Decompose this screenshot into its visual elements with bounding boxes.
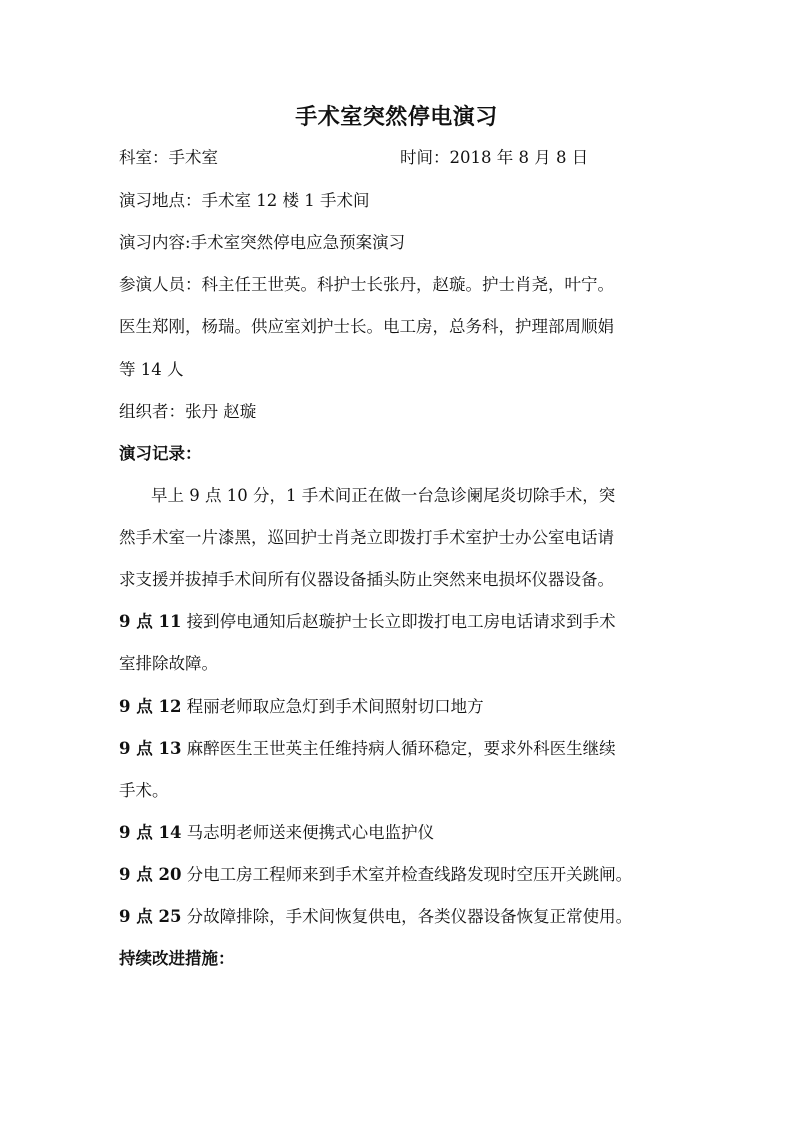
entry-text: 分故障排除，手术间恢复供电，各类仪器设备恢复正常使用。 bbox=[181, 907, 632, 926]
entry-text: 麻醉医生王世英主任维持病人循环稳定，要求外科医生继续 bbox=[181, 739, 615, 758]
time-label: 时间： bbox=[400, 148, 450, 167]
header-meta: 科室：手术室 时间：2018 年 8 月 8 日 bbox=[119, 148, 679, 168]
entry-time: 9 点 12 bbox=[119, 697, 181, 716]
record-entry: 9 点 11 接到停电通知后赵璇护士长立即拨打电工房电话请求到手术 bbox=[119, 612, 616, 632]
document-page: 手术室突然停电演习 科室：手术室 时间：2018 年 8 月 8 日 演习地点：… bbox=[0, 0, 793, 1122]
content-label: 演习内容: bbox=[119, 233, 191, 252]
entry-text: 分电工房工程师来到手术室并检查线路发现时空压开关跳闸。 bbox=[181, 865, 632, 884]
record-entry: 9 点 13 麻醉医生王世英主任维持病人循环稳定，要求外科医生继续 bbox=[119, 739, 616, 759]
content-value: 手术室突然停电应急预案演习 bbox=[191, 233, 406, 252]
participants-line-2: 医生郑刚，杨瑞。供应室刘护士长。电工房，总务科，护理部周顺娟 bbox=[119, 317, 614, 337]
department-value: 手术室 bbox=[169, 148, 219, 167]
organizer-line: 组织者：张丹 赵璇 bbox=[119, 402, 256, 422]
entry-text: 接到停电通知后赵璇护士长立即拨打电工房电话请求到手术 bbox=[181, 612, 615, 631]
record-intro-line-2: 然手术室一片漆黑，巡回护士肖尧立即拨打手术室护士办公室电话请 bbox=[119, 528, 614, 548]
organizer-label: 组织者： bbox=[119, 402, 185, 421]
record-intro-line-1: 早上 9 点 10 分，1 手术间正在做一台急诊阑尾炎切除手术，突 bbox=[151, 486, 615, 506]
record-heading: 演习记录： bbox=[119, 444, 202, 464]
entry-time: 9 点 25 bbox=[119, 907, 181, 926]
location-line: 演习地点：手术室 12 楼 1 手术间 bbox=[119, 191, 369, 211]
entry-text: 程丽老师取应急灯到手术间照射切口地方 bbox=[181, 697, 483, 716]
participants-text: 科主任王世英。科护士长张丹，赵璇。护士肖尧，叶宁。 bbox=[202, 275, 615, 294]
record-entry: 9 点 12 程丽老师取应急灯到手术间照射切口地方 bbox=[119, 697, 484, 717]
department-label: 科室： bbox=[119, 148, 169, 167]
entry-time: 9 点 14 bbox=[119, 823, 181, 842]
organizer-value: 张丹 赵璇 bbox=[185, 402, 256, 421]
participants-line-1: 参演人员：科主任王世英。科护士长张丹，赵璇。护士肖尧，叶宁。 bbox=[119, 275, 614, 295]
time-value: 2018 年 8 月 8 日 bbox=[450, 148, 589, 167]
document-title: 手术室突然停电演习 bbox=[0, 100, 793, 131]
location-value: 手术室 12 楼 1 手术间 bbox=[202, 191, 370, 210]
improvement-heading: 持续改进措施： bbox=[119, 949, 235, 969]
participants-label: 参演人员： bbox=[119, 275, 202, 294]
record-entry: 9 点 20 分电工房工程师来到手术室并检查线路发现时空压开关跳闸。 bbox=[119, 865, 632, 885]
record-entry-continuation: 手术。 bbox=[119, 781, 169, 801]
location-label: 演习地点： bbox=[119, 191, 202, 210]
entry-time: 9 点 11 bbox=[119, 612, 181, 631]
content-line: 演习内容:手术室突然停电应急预案演习 bbox=[119, 233, 405, 253]
entry-time: 9 点 13 bbox=[119, 739, 181, 758]
record-entry: 9 点 25 分故障排除，手术间恢复供电，各类仪器设备恢复正常使用。 bbox=[119, 907, 632, 927]
record-intro-line-3: 求支援并拔掉手术间所有仪器设备插头防止突然来电损坏仪器设备。 bbox=[119, 570, 614, 590]
entry-time: 9 点 20 bbox=[119, 865, 181, 884]
entry-text: 马志明老师送来便携式心电监护仪 bbox=[181, 823, 434, 842]
time-field: 时间：2018 年 8 月 8 日 bbox=[400, 148, 588, 168]
record-entry: 9 点 14 马志明老师送来便携式心电监护仪 bbox=[119, 823, 434, 843]
participants-line-3: 等 14 人 bbox=[119, 360, 184, 380]
record-entry-continuation: 室排除故障。 bbox=[119, 654, 218, 674]
